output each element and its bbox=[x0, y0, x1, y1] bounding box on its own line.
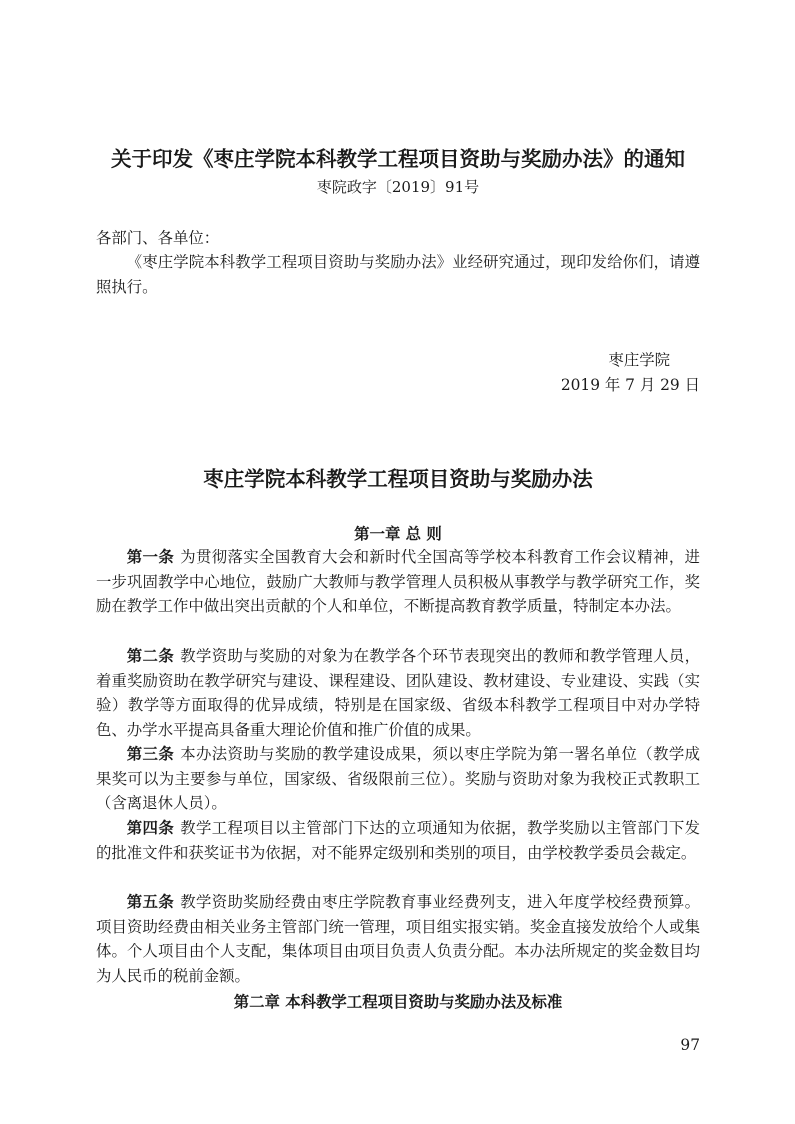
article: 第二条教学资助与奖励的对象为在教学各个环节表现突出的教师和教学管理人员，着重奖励… bbox=[96, 644, 700, 742]
article-text: 为贯彻落实全国教育大会和新时代全国高等学校本科教育工作会议精神，进一步巩固教学中… bbox=[96, 548, 700, 615]
article-label: 第四条 bbox=[127, 819, 174, 837]
signature-organization: 枣庄学院 bbox=[608, 348, 670, 370]
chapter-heading: 第一章 总 则 bbox=[96, 522, 700, 544]
page-number: 97 bbox=[680, 1036, 700, 1054]
article-label: 第五条 bbox=[127, 893, 174, 911]
salutation: 各部门、各单位： bbox=[96, 226, 219, 248]
article-text: 教学资助与奖励的对象为在教学各个环节表现突出的教师和教学管理人员，着重奖励资助在… bbox=[96, 647, 700, 739]
article-label: 第二条 bbox=[127, 647, 174, 665]
chapter-heading: 第二章 本科教学工程项目资助与奖励办法及标准 bbox=[96, 990, 700, 1012]
article-label: 第一条 bbox=[127, 548, 174, 566]
signature-date: 2019 年 7 月 29 日 bbox=[561, 373, 700, 395]
article: 第五条教学资助奖励经费由枣庄学院教育事业经费列支，进入年度学校经费预算。项目资助… bbox=[96, 890, 700, 988]
article-label: 第三条 bbox=[127, 745, 174, 763]
regulation-title: 枣庄学院本科教学工程项目资助与奖励办法 bbox=[96, 462, 700, 492]
article-text: 本办法资助与奖励的教学建设成果，须以枣庄学院为第一署名单位（教学成果奖可以为主要… bbox=[96, 745, 700, 812]
article: 第四条教学工程项目以主管部门下达的立项通知为依据，教学奖励以主管部门下发的批准文… bbox=[96, 816, 700, 865]
notice-title: 关于印发《枣庄学院本科教学工程项目资助与奖励办法》的通知 bbox=[96, 142, 700, 172]
article: 第三条本办法资助与奖励的教学建设成果，须以枣庄学院为第一署名单位（教学成果奖可以… bbox=[96, 742, 700, 816]
article-text: 教学资助奖励经费由枣庄学院教育事业经费列支，进入年度学校经费预算。项目资助经费由… bbox=[96, 893, 700, 985]
document-number: 枣院政字〔2019〕91号 bbox=[96, 176, 700, 197]
article: 第一条为贯彻落实全国教育大会和新时代全国高等学校本科教育工作会议精神，进一步巩固… bbox=[96, 545, 700, 619]
notice-body: 《枣庄学院本科教学工程项目资助与奖励办法》业经研究通过，现印发给你们，请遵照执行… bbox=[96, 250, 700, 299]
article-text: 教学工程项目以主管部门下达的立项通知为依据，教学奖励以主管部门下发的批准文件和获… bbox=[96, 819, 700, 862]
